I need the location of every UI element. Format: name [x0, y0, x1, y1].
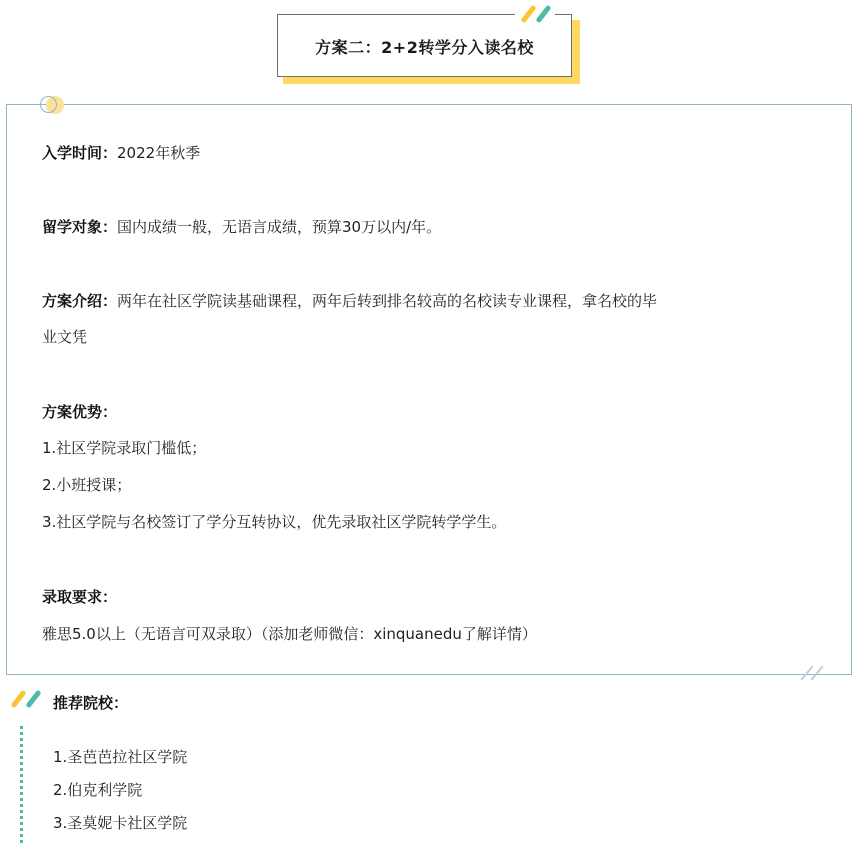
advantage-item-text: 1.社区学院录取门槛低；: [42, 439, 206, 457]
advantage-item: 1.社区学院录取门槛低；: [42, 434, 206, 462]
requirements-heading-row: 录取要求：: [42, 583, 117, 611]
yellow-slash-icon: [10, 690, 26, 709]
advantages-label: 方案优势：: [42, 403, 117, 421]
school-item: 3.圣莫妮卡社区学院: [53, 807, 187, 840]
enrollment-time-value: 2022年秋季: [117, 144, 200, 162]
advantage-item: 3.社区学院与名校签订了学分互转协议，优先录取社区学院转学学生。: [42, 508, 506, 536]
advantages-heading-row: 方案优势：: [42, 398, 117, 426]
target-value: 国内成绩一般，无语言成绩，预算30万以内/年。: [117, 218, 441, 236]
ring-decoration-icon: [40, 95, 68, 115]
school-item: 2.伯克利学院: [53, 774, 187, 807]
page-title: 方案二：2+2转学分入读名校: [315, 35, 534, 58]
title-box: 方案二：2+2转学分入读名校: [277, 14, 572, 77]
requirements-label: 录取要求：: [42, 588, 117, 606]
recommended-title: 推荐院校：: [53, 689, 128, 717]
dotted-divider: [20, 726, 23, 844]
intro-row-cont: 业文凭: [42, 323, 87, 351]
requirements-row: 雅思5.0以上（无语言可双录取）（添加老师微信：xinquanedu了解详情）: [42, 620, 537, 648]
teal-slash-icon: [25, 690, 41, 709]
target-label: 留学对象：: [42, 218, 117, 236]
plan-details-frame: [6, 104, 852, 675]
intro-label: 方案介绍：: [42, 292, 117, 310]
enrollment-time-row: 入学时间：2022年秋季: [42, 139, 200, 167]
advantage-item-text: 3.社区学院与名校签订了学分互转协议，优先录取社区学院转学学生。: [42, 513, 506, 531]
requirements-value: 雅思5.0以上（无语言可双录取）（添加老师微信：xinquanedu了解详情）: [42, 625, 537, 643]
intro-value-line1: 两年在社区学院读基础课程，两年后转到排名较高的名校读专业课程，拿名校的毕: [117, 292, 657, 310]
recommended-school-list: 1.圣芭芭拉社区学院 2.伯克利学院 3.圣莫妮卡社区学院: [53, 741, 187, 840]
school-item: 1.圣芭芭拉社区学院: [53, 741, 187, 774]
advantage-item: 2.小班授课；: [42, 471, 131, 499]
advantage-item-text: 2.小班授课；: [42, 476, 131, 494]
target-row: 留学对象：国内成绩一般，无语言成绩，预算30万以内/年。: [42, 213, 441, 241]
intro-value-line2: 业文凭: [42, 328, 87, 346]
intro-row: 方案介绍：两年在社区学院读基础课程，两年后转到排名较高的名校读专业课程，拿名校的…: [42, 287, 657, 315]
title-border-gap: [515, 12, 555, 17]
enrollment-time-label: 入学时间：: [42, 144, 117, 162]
